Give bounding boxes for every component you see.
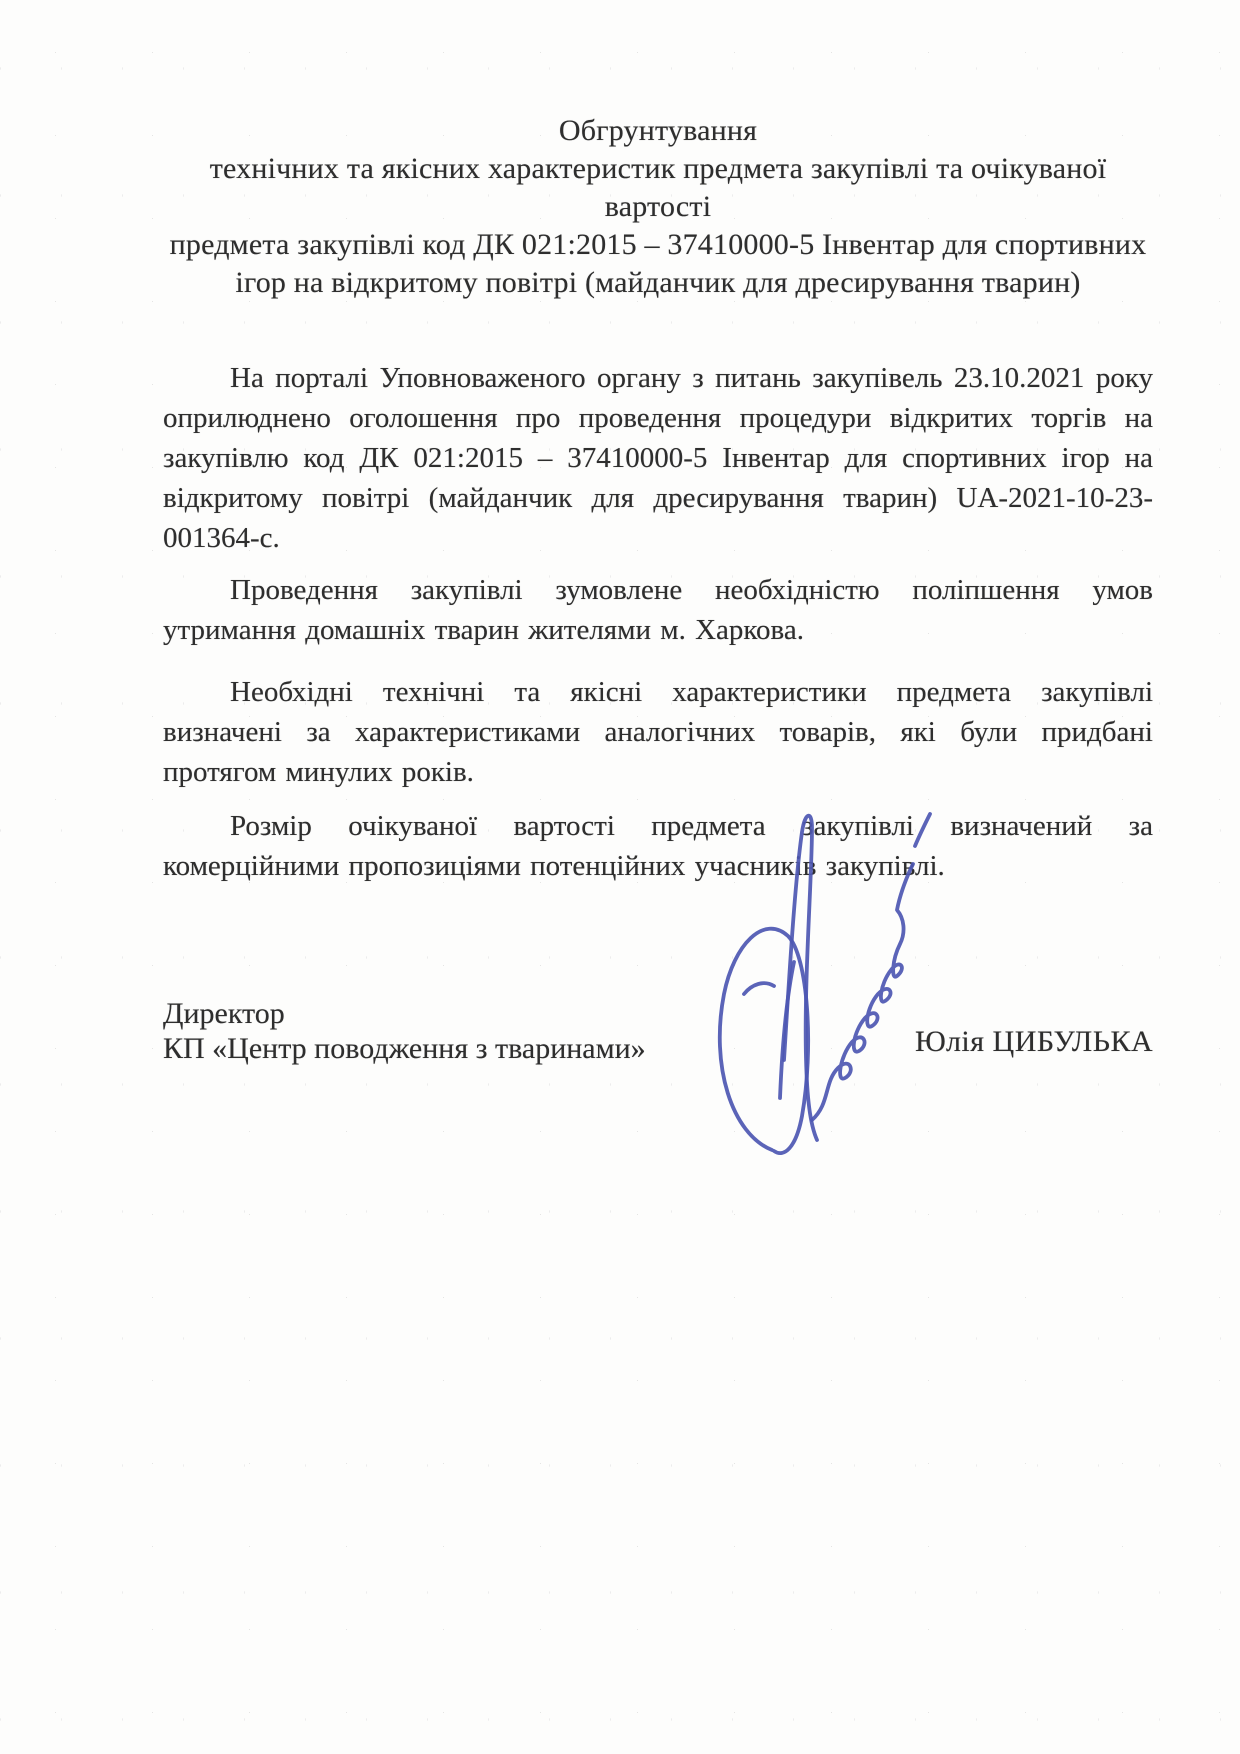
document-title: Обгрунтування технічних та якісних харак… — [163, 112, 1153, 302]
paragraph-announcement: На порталі Уповноваженого органу з питан… — [163, 358, 1153, 558]
signature-stroke-oval — [720, 929, 808, 1153]
signature-stroke-loops — [812, 864, 913, 1120]
paragraph-expected-value: Розмір очікуваної вартості предмета заку… — [163, 806, 1153, 886]
document-page: Обгрунтування технічних та якісних харак… — [0, 0, 1240, 1754]
paragraph-characteristics: Необхідні технічні та якісні характерист… — [163, 672, 1153, 792]
title-line-1: Обгрунтування — [163, 112, 1153, 150]
title-line-3: предмета закупівлі код ДК 021:2015 – 374… — [163, 226, 1153, 264]
signer-position: Директор КП «Центр поводження з тваринам… — [163, 996, 646, 1066]
document-content: Обгрунтування технічних та якісних харак… — [0, 0, 1240, 886]
signature-stroke-hook — [744, 983, 774, 994]
paragraph-justification: Проведення закупівлі зумовлене необхідні… — [163, 570, 1153, 650]
signer-position-line-1: Директор — [163, 996, 646, 1031]
signer-name: Юлія ЦИБУЛЬКА — [915, 1024, 1153, 1059]
signer-position-line-2: КП «Центр поводження з тваринами» — [163, 1031, 646, 1066]
title-line-2: технічних та якісних характеристик предм… — [163, 150, 1153, 226]
signature-stroke-diagonal — [780, 962, 794, 1098]
title-line-4: ігор на відкритому повітрі (майданчик дл… — [163, 264, 1153, 302]
